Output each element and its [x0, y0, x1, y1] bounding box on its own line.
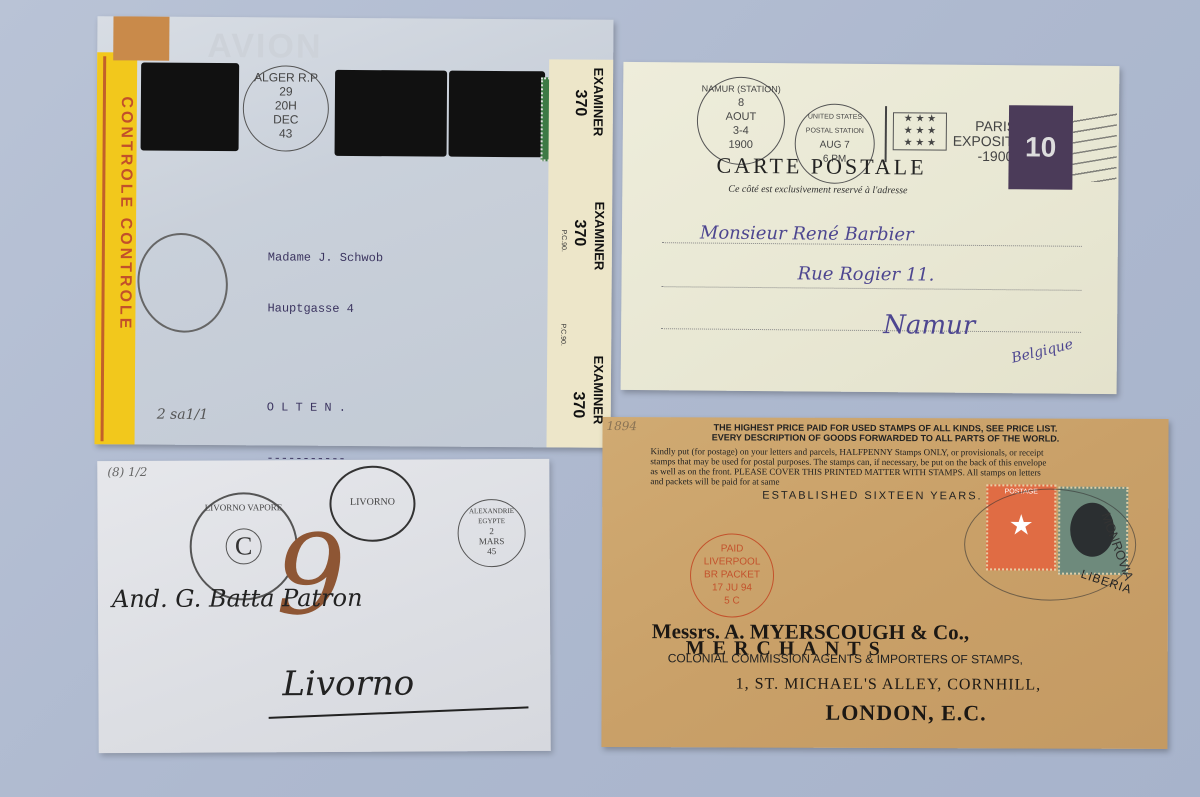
paid-line: BR PACKET	[691, 568, 773, 581]
paid-line: LIVERPOOL	[691, 555, 773, 568]
flag-cancel-stars: ★ ★ ★★ ★ ★★ ★ ★	[893, 112, 947, 150]
pencil-note: (8) 1/2	[107, 465, 147, 479]
postmark-time: 20H	[244, 98, 328, 113]
established-line: ESTABLISHED SIXTEEN YEARS.	[762, 490, 982, 503]
address-rule	[661, 328, 1081, 333]
header-line: EVERY DESCRIPTION OF GOODS FORWARDED TO …	[602, 432, 1168, 444]
postcard-title: CARTE POSTALE	[716, 153, 926, 181]
paid-line: PAID	[691, 542, 773, 555]
examiner-number: 370	[571, 90, 589, 117]
censored-airmail-cover: AVION CONTROLE CONTROLE ALGER R.P 29 20H…	[95, 16, 614, 448]
address-line: Madame J. Schwob	[268, 249, 383, 267]
postmark-ring: ALEXANDRIE EGYPTE	[458, 506, 524, 526]
address-line: Rue Rogier 11.	[798, 263, 935, 285]
examiner-label: EXAMINER	[591, 356, 606, 425]
postmark-ring: UNITED STATES POSTAL STATION	[796, 110, 874, 139]
address-line: O L T E N .	[267, 399, 382, 417]
address-line: Hauptgasse 4	[267, 300, 382, 318]
paid-liverpool-mark: PAID LIVERPOOL BR PACKET 17 JU 94 5 C	[690, 533, 774, 617]
wavy-cancel-lines	[1072, 112, 1117, 182]
censor-tape-text: CONTROLE CONTROLE	[103, 96, 135, 436]
examiner-label: EXAMINER	[591, 68, 606, 137]
postmark-year: 43	[244, 126, 328, 141]
address-line: Belgique	[1010, 336, 1075, 366]
stamp-france: 10	[1008, 105, 1073, 190]
paid-line: 17 JU 94	[691, 581, 773, 594]
redaction-block	[449, 71, 546, 158]
examiner-label: EXAMINER	[592, 202, 607, 271]
flourish-underline	[269, 706, 529, 718]
address-line: And. G. Batta Patron	[112, 584, 363, 613]
examiner-number: 370	[570, 220, 588, 247]
postmark-day: 8	[698, 95, 784, 110]
postmark-alexandrie: ALEXANDRIE EGYPTE 2 MARS 45	[457, 499, 525, 567]
repair-tape	[113, 16, 169, 60]
censor-code: P.C.90.	[560, 229, 567, 252]
postmark-month: MARS	[459, 536, 525, 546]
city: LONDON, E.C.	[826, 700, 987, 727]
censor-code: P.C.90.	[559, 323, 566, 346]
postcard: NAMUR (STATION) 8 AOUT 3-4 1900 UNITED S…	[621, 62, 1120, 394]
redaction-block	[141, 63, 240, 152]
postmark-ring: LIVORNO	[331, 496, 413, 510]
oval-handstamp	[129, 225, 237, 341]
rate-marking: 9	[276, 520, 347, 630]
pencil-note: 2 sa1/1	[157, 407, 209, 423]
postmark-alger: ALGER R.P 29 20H DEC 43	[243, 65, 330, 152]
postmark-month: DEC	[244, 112, 328, 127]
address-spacer	[267, 351, 382, 366]
business-line: COLONIAL COMMISSION AGENTS & IMPORTERS O…	[668, 651, 1023, 666]
address-line: Namur	[883, 310, 975, 341]
postmark-line: ALGER R.P	[244, 70, 328, 85]
postmark-time: 3-4	[698, 123, 784, 138]
street-address: 1, ST. MICHAEL'S ALLEY, CORNHILL,	[736, 675, 1042, 694]
folded-letter: (8) 1/2 LIVORNO VAPORE C LIVORNO ALEXAND…	[97, 459, 551, 753]
postmark-date: AUG 7	[796, 138, 874, 153]
postmark-year: 1900	[698, 137, 784, 152]
paid-line: 5 C	[691, 594, 773, 607]
postmark-month: AOUT	[698, 109, 784, 124]
address-line: Monsieur René Barbier	[700, 223, 914, 246]
postmark-day: 2	[459, 526, 525, 536]
address-line: Livorno	[282, 664, 414, 705]
postmark-center: C	[226, 528, 262, 564]
address-rule	[661, 286, 1081, 291]
postmark-year: 45	[459, 546, 525, 556]
avion-label: AVION	[207, 27, 322, 67]
redaction-block	[335, 70, 448, 157]
printed-notice: Kindly put (for postage) on your letters…	[650, 446, 1052, 487]
postcard-subtitle: Ce côté est exclusivement reservé à l'ad…	[728, 184, 907, 197]
examiner-number: 370	[569, 392, 587, 419]
myerscough-envelope: 1894 THE HIGHEST PRICE PAID FOR USED STA…	[601, 417, 1168, 749]
postmark-ring: NAMUR (STATION)	[698, 81, 784, 96]
postmark-day: 29	[244, 84, 328, 99]
